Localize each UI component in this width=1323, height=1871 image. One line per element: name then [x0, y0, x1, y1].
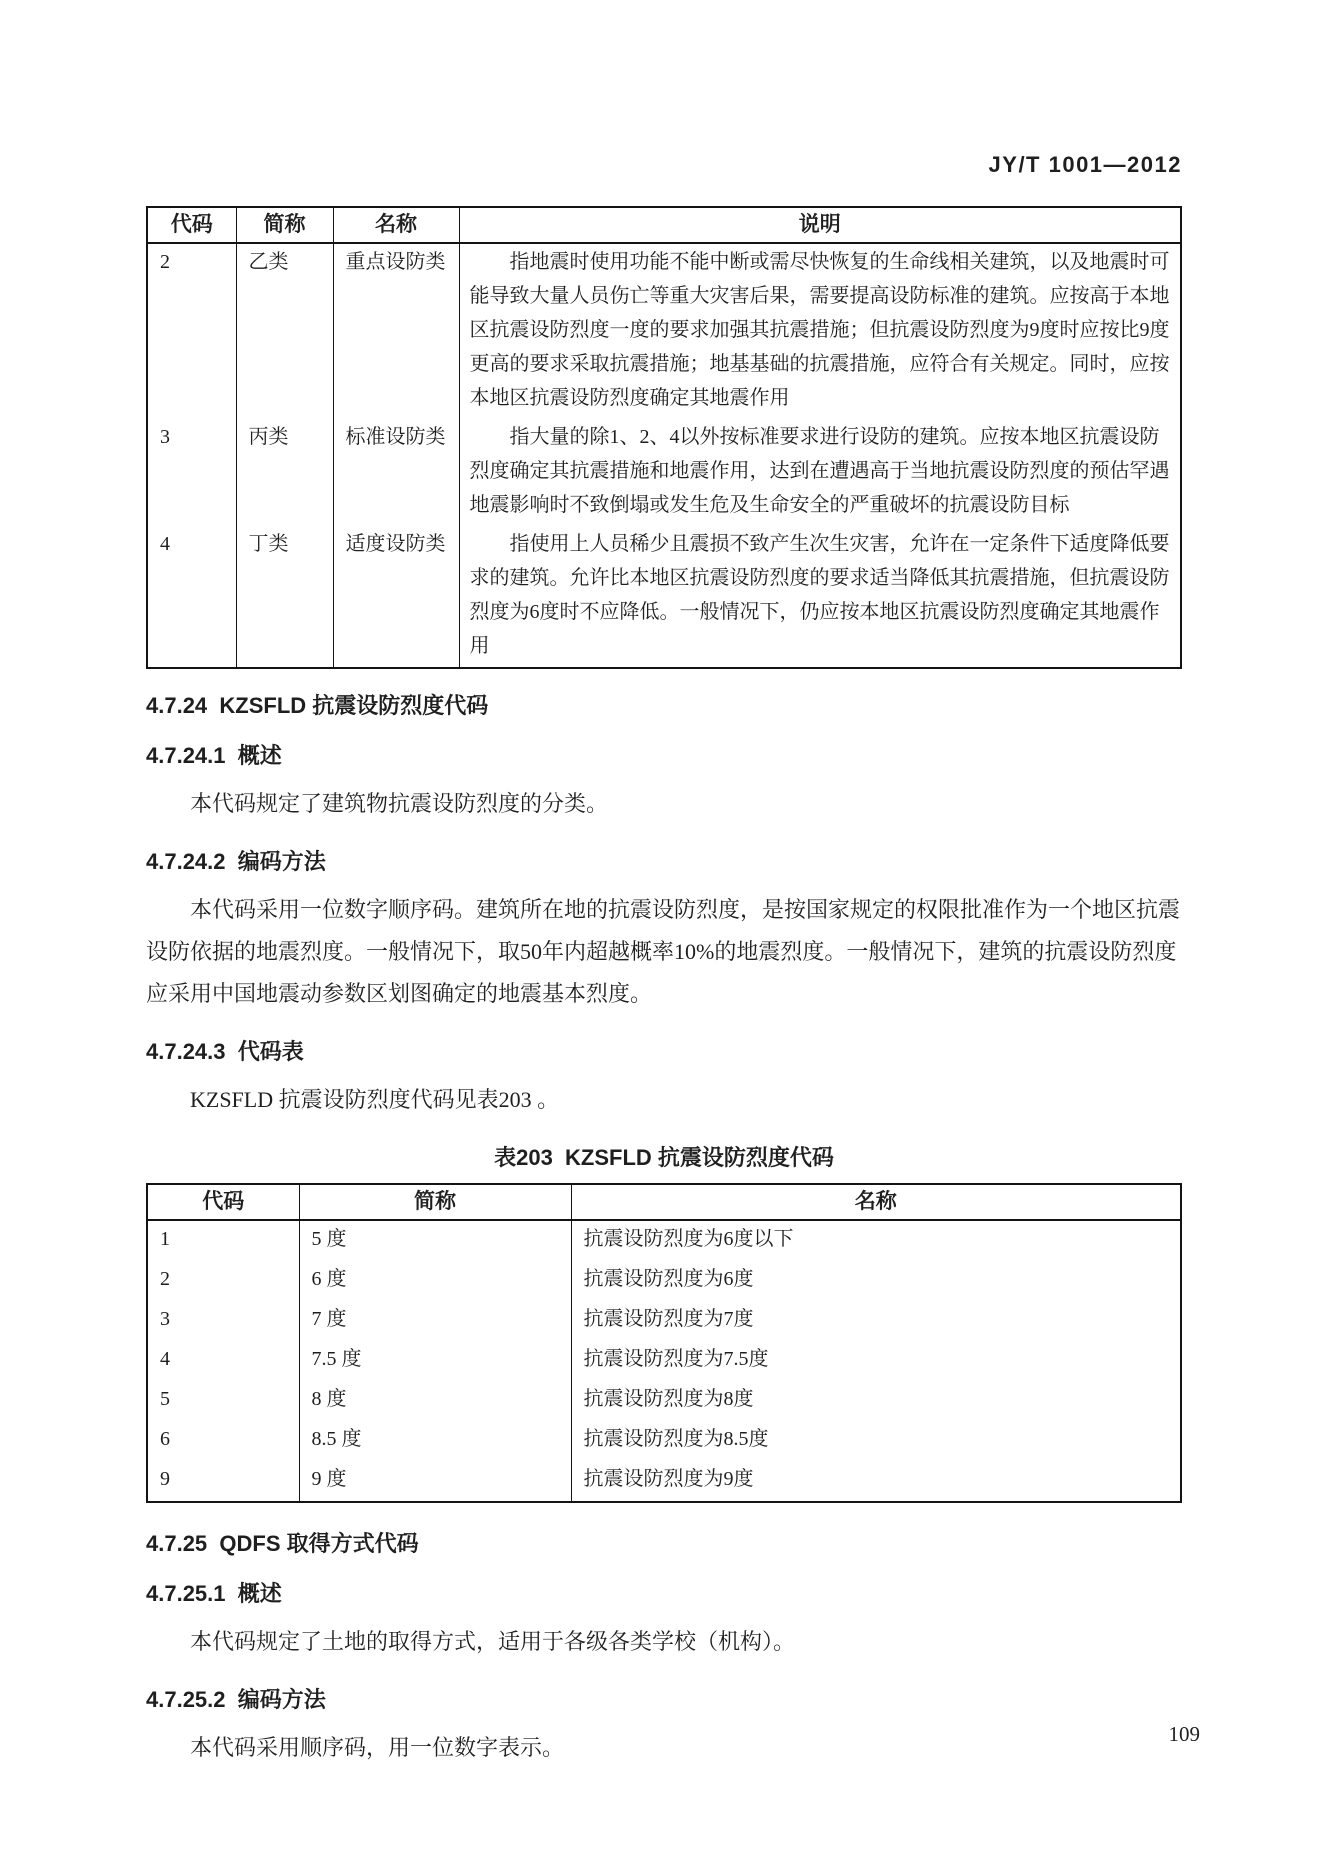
cell-abbr: 8 度	[299, 1381, 571, 1421]
column-header-name: 名称	[333, 207, 459, 243]
cell-name: 重点设防类	[333, 243, 459, 419]
cell-description: 指使用上人员稀少且震损不致产生次生灾害，允许在一定条件下适度降低要求的建筑。允许…	[459, 526, 1181, 668]
column-header-code: 代码	[147, 207, 236, 243]
cell-name: 抗震设防烈度为6度以下	[571, 1220, 1181, 1261]
section-heading-4-7-25: 4.7.25 QDFS 取得方式代码	[146, 1531, 1182, 1557]
cell-code: 9	[147, 1461, 299, 1502]
document-page: JY/T 1001—2012 代码 简称 名称 说明 2 乙类 重点设防类 指地…	[0, 0, 1323, 1871]
cell-description: 指大量的除1、2、4以外按标准要求进行设防的建筑。应按本地区抗震设防烈度确定其抗…	[459, 419, 1181, 526]
cell-code: 3	[147, 1301, 299, 1341]
column-header-code: 代码	[147, 1184, 299, 1220]
cell-abbr: 丁类	[236, 526, 333, 668]
cell-code: 3	[147, 419, 236, 526]
table-row: 9 9 度 抗震设防烈度为9度	[147, 1461, 1181, 1502]
cell-code: 4	[147, 526, 236, 668]
cell-code: 1	[147, 1220, 299, 1261]
table-203-caption: 表203 KZSFLD 抗震设防烈度代码	[146, 1145, 1182, 1171]
cell-name: 标准设防类	[333, 419, 459, 526]
section-heading-4-7-25-2: 4.7.25.2 编码方法	[146, 1687, 1182, 1713]
cell-abbr: 6 度	[299, 1261, 571, 1301]
intensity-table: 代码 简称 名称 1 5 度 抗震设防烈度为6度以下 2 6 度 抗震设防烈度为…	[146, 1183, 1182, 1503]
cell-abbr: 丙类	[236, 419, 333, 526]
classification-table: 代码 简称 名称 说明 2 乙类 重点设防类 指地震时使用功能不能中断或需尽快恢…	[146, 206, 1182, 669]
cell-abbr: 7 度	[299, 1301, 571, 1341]
section-heading-4-7-24-3: 4.7.24.3 代码表	[146, 1039, 1182, 1065]
table-row: 2 6 度 抗震设防烈度为6度	[147, 1261, 1181, 1301]
cell-abbr: 5 度	[299, 1220, 571, 1261]
intensity-table-header-row: 代码 简称 名称	[147, 1184, 1181, 1220]
column-header-abbr: 简称	[236, 207, 333, 243]
section-heading-4-7-24-2: 4.7.24.2 编码方法	[146, 849, 1182, 875]
section-heading-4-7-24-1: 4.7.24.1 概述	[146, 743, 1182, 769]
paragraph-code-table-ref: KZSFLD 抗震设防烈度代码见表203 。	[146, 1079, 1182, 1121]
cell-abbr: 9 度	[299, 1461, 571, 1502]
table-row: 2 乙类 重点设防类 指地震时使用功能不能中断或需尽快恢复的生命线相关建筑，以及…	[147, 243, 1181, 419]
table-row: 5 8 度 抗震设防烈度为8度	[147, 1381, 1181, 1421]
cell-code: 2	[147, 1261, 299, 1301]
paragraph-coding-method-4-7-25: 本代码采用顺序码，用一位数字表示。	[146, 1727, 1182, 1769]
cell-code: 2	[147, 243, 236, 419]
cell-abbr: 8.5 度	[299, 1421, 571, 1461]
standard-number: JY/T 1001—2012	[146, 152, 1182, 178]
table-row: 4 丁类 适度设防类 指使用上人员稀少且震损不致产生次生灾害，允许在一定条件下适…	[147, 526, 1181, 668]
cell-name: 抗震设防烈度为6度	[571, 1261, 1181, 1301]
section-heading-4-7-25-1: 4.7.25.1 概述	[146, 1581, 1182, 1607]
column-header-abbr: 简称	[299, 1184, 571, 1220]
cell-name: 抗震设防烈度为7度	[571, 1301, 1181, 1341]
cell-code: 5	[147, 1381, 299, 1421]
paragraph-coding-method-4-7-24: 本代码采用一位数字顺序码。建筑所在地的抗震设防烈度，是按国家规定的权限批准作为一…	[146, 889, 1182, 1015]
classification-table-header-row: 代码 简称 名称 说明	[147, 207, 1181, 243]
table-row: 1 5 度 抗震设防烈度为6度以下	[147, 1220, 1181, 1261]
cell-code: 4	[147, 1341, 299, 1381]
table-row: 3 7 度 抗震设防烈度为7度	[147, 1301, 1181, 1341]
cell-description: 指地震时使用功能不能中断或需尽快恢复的生命线相关建筑，以及地震时可能导致大量人员…	[459, 243, 1181, 419]
table-row: 4 7.5 度 抗震设防烈度为7.5度	[147, 1341, 1181, 1381]
cell-name: 抗震设防烈度为8度	[571, 1381, 1181, 1421]
paragraph-overview-4-7-25: 本代码规定了土地的取得方式，适用于各级各类学校（机构）。	[146, 1621, 1182, 1663]
cell-abbr: 乙类	[236, 243, 333, 419]
page-number: 109	[1169, 1722, 1201, 1746]
table-row: 6 8.5 度 抗震设防烈度为8.5度	[147, 1421, 1181, 1461]
section-heading-4-7-24: 4.7.24 KZSFLD 抗震设防烈度代码	[146, 693, 1182, 719]
cell-name: 抗震设防烈度为9度	[571, 1461, 1181, 1502]
table-row: 3 丙类 标准设防类 指大量的除1、2、4以外按标准要求进行设防的建筑。应按本地…	[147, 419, 1181, 526]
cell-abbr: 7.5 度	[299, 1341, 571, 1381]
column-header-description: 说明	[459, 207, 1181, 243]
cell-name: 抗震设防烈度为7.5度	[571, 1341, 1181, 1381]
column-header-name: 名称	[571, 1184, 1181, 1220]
cell-name: 抗震设防烈度为8.5度	[571, 1421, 1181, 1461]
paragraph-overview-4-7-24: 本代码规定了建筑物抗震设防烈度的分类。	[146, 783, 1182, 825]
cell-name: 适度设防类	[333, 526, 459, 668]
cell-code: 6	[147, 1421, 299, 1461]
